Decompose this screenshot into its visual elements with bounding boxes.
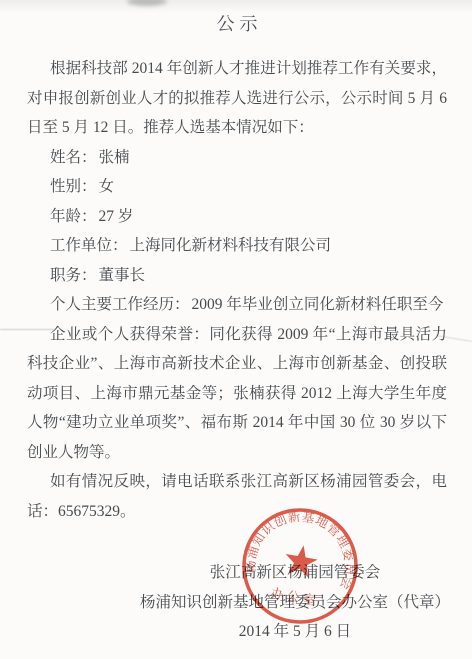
honors-paragraph: 企业或个人获得荣誉：同化获得 2009 年“上海市最具活力科技企业”、上海市高新… (27, 320, 447, 468)
profile-value: 2009 年毕业创立同化新材料任职至今 (192, 296, 444, 313)
profile-label: 个人主要工作经历： (50, 296, 190, 313)
profile-label: 姓名： (50, 149, 97, 166)
profile-value: 27 岁 (99, 208, 134, 225)
profile-row-employer: 工作单位：上海同化新材料科技有限公司 (27, 231, 447, 261)
profile-row-position: 职务：董事长 (27, 261, 447, 291)
profile-value: 董事长 (99, 267, 146, 284)
signature-org-line2: 杨浦知识创新基地管理委员会办公室（代章） (115, 588, 472, 618)
scanned-document-page: 公示 根据科技部 2014 年创新人才推进计划推荐工作有关要求，对申报创新创业人… (0, 0, 472, 659)
signature-org-line1: 张江高新区杨浦园管委会 (115, 558, 472, 588)
document-body: 公示 根据科技部 2014 年创新人才推进计划推荐工作有关要求，对申报创新创业人… (0, 0, 472, 526)
profile-value: 上海同化新材料科技有限公司 (130, 237, 332, 254)
profile-row-gender: 性别：女 (27, 172, 447, 202)
document-title: 公示 (27, 12, 447, 36)
profile-label: 工作单位： (50, 237, 128, 254)
signature-date: 2014 年 5 月 6 日 (115, 617, 472, 647)
profile-value: 女 (99, 178, 115, 195)
profile-label: 职务： (50, 267, 97, 284)
profile-label: 年龄： (50, 208, 97, 225)
candidate-profile-list: 姓名：张楠 性别：女 年龄：27 岁 工作单位：上海同化新材料科技有限公司 职务… (27, 143, 447, 320)
intro-paragraph: 根据科技部 2014 年创新人才推进计划推荐工作有关要求，对申报创新创业人才的拟… (27, 54, 447, 143)
profile-row-work-history: 个人主要工作经历：2009 年毕业创立同化新材料任职至今 (27, 290, 447, 320)
contact-paragraph: 如有情况反映，请电话联系张江高新区杨浦园管委会，电话：65675329。 (27, 467, 447, 526)
profile-value: 张楠 (99, 149, 130, 166)
profile-row-name: 姓名：张楠 (27, 143, 447, 173)
profile-label: 性别： (50, 178, 97, 195)
signature-block: 张江高新区杨浦园管委会 杨浦知识创新基地管理委员会办公室（代章） 2014 年 … (115, 558, 472, 647)
profile-row-age: 年龄：27 岁 (27, 202, 447, 232)
